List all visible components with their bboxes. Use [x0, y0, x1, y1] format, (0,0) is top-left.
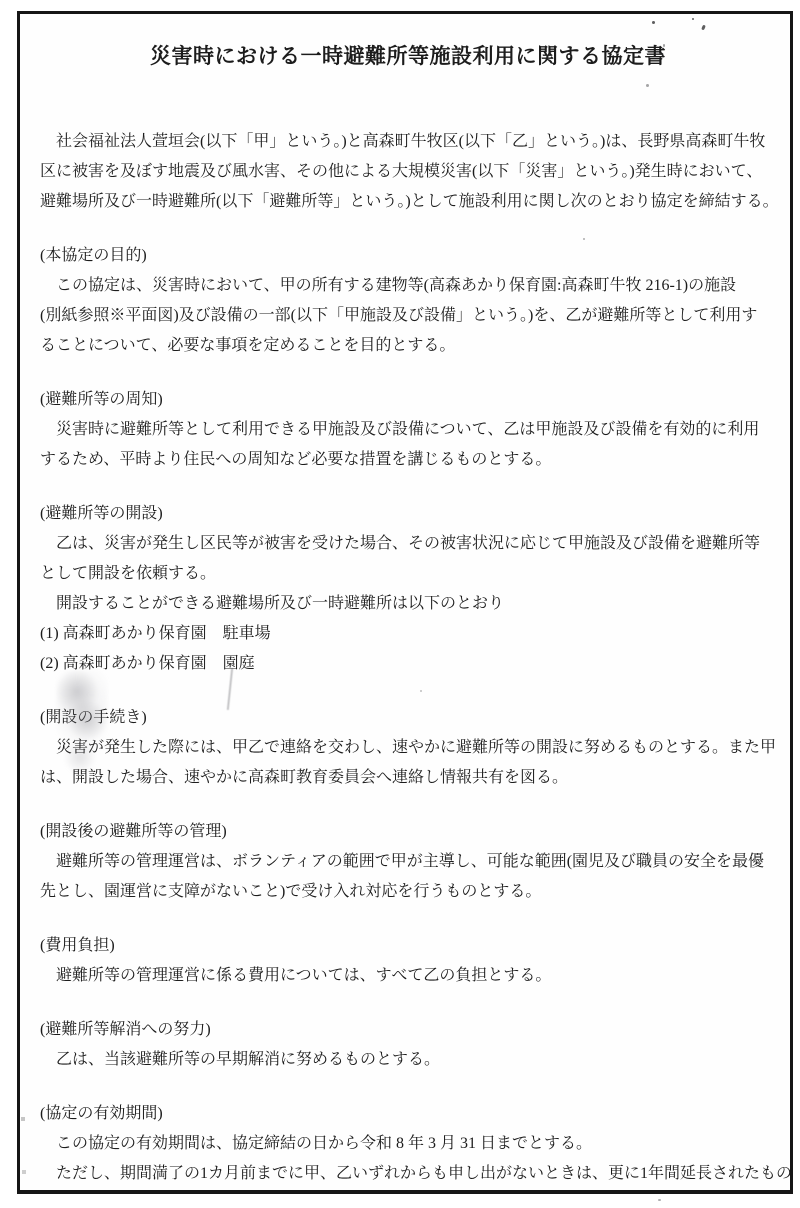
section-purpose: (本協定の目的) この協定は、災害時において、甲の所有する建物等(高森あかり保育…: [40, 241, 776, 361]
section-body: 避難所等の管理運営は、ボランティアの範囲で甲が主導し、可能な範囲(園児及び職員の…: [40, 847, 776, 907]
text-line: 社会福祉法人萱垣会(以下「甲」という。)と高森町牛牧区(以下「乙」という。)は、…: [40, 127, 776, 157]
scan-speck: [22, 1170, 26, 1174]
scan-speck: [692, 18, 694, 20]
section-heading: (開設後の避難所等の管理): [40, 817, 776, 847]
text-line: 避難場所及び一時避難所(以下「避難所等」という。)として施設利用に関し次のとおり…: [40, 187, 776, 217]
scan-smudge: [56, 670, 108, 742]
text-line: するため、平時より住民への周知など必要な措置を講じるものとする。: [40, 445, 776, 475]
scan-speck: [646, 84, 649, 87]
text-line: は、開設した場合、速やかに高森町教育委員会へ連絡し情報共有を図る。: [40, 763, 776, 793]
scan-speck: [21, 1117, 25, 1121]
text-line: 乙は、災害が発生し区民等が被害を受けた場合、その被害状況に応じて甲施設及び設備を…: [40, 529, 776, 559]
text-line: 先とし、園運営に支障がないこと)で受け入れ対応を行うものとする。: [40, 877, 776, 907]
text-line: (別紙参照※平面図)及び設備の一部(以下「甲施設及び設備」という。)を、乙が避難…: [40, 301, 776, 331]
document-body: 災害時における一時避難所等施設利用に関する協定書 社会福祉法人萱垣会(以下「甲」…: [40, 41, 776, 1189]
text-line: 開設することができる避難場所及び一時避難所は以下のとおり: [40, 589, 776, 619]
section-body: 乙は、当該避難所等の早期解消に努めるものとする。: [40, 1045, 776, 1075]
section-body: この協定の有効期間は、協定締結の日から令和 8 年 3 月 31 日までとする。…: [40, 1129, 776, 1189]
section-heading: (本協定の目的): [40, 241, 776, 271]
text-line: 避難所等の管理運営に係る費用については、すべて乙の負担とする。: [40, 961, 776, 991]
text-line: (1) 高森町あかり保育園 駐車場: [40, 619, 776, 649]
text-line: この協定は、災害時において、甲の所有する建物等(高森あかり保育園:高森町牛牧 2…: [40, 271, 776, 301]
section-heading: (避難所等の周知): [40, 385, 776, 415]
text-line: 避難所等の管理運営は、ボランティアの範囲で甲が主導し、可能な範囲(園児及び職員の…: [40, 847, 776, 877]
text-line: 災害時に避難所等として利用できる甲施設及び設備について、乙は甲施設及び設備を有効…: [40, 415, 776, 445]
section-early-closure: (避難所等解消への努力) 乙は、当該避難所等の早期解消に努めるものとする。: [40, 1015, 776, 1075]
section-shelter-opening: (避難所等の開設) 乙は、災害が発生し区民等が被害を受けた場合、その被害状況に応…: [40, 499, 776, 679]
section-body: 災害時に避難所等として利用できる甲施設及び設備について、乙は甲施設及び設備を有効…: [40, 415, 776, 475]
text-line: 乙は、当該避難所等の早期解消に努めるものとする。: [40, 1045, 776, 1075]
text-line: として開設を依頼する。: [40, 559, 776, 589]
section-validity-period: (協定の有効期間) この協定の有効期間は、協定締結の日から令和 8 年 3 月 …: [40, 1099, 776, 1189]
text-line: 区に被害を及ぼす地震及び風水害、その他による大規模災害(以下「災害」という。)発…: [40, 157, 776, 187]
text-line: ただし、期間満了の1カ月前までに甲、乙いずれからも申し出がないときは、更に1年間…: [40, 1159, 776, 1189]
text-line: 災害が発生した際には、甲乙で連絡を交わし、速やかに避難所等の開設に努めるものとす…: [40, 733, 776, 763]
section-heading: (開設の手続き): [40, 703, 776, 733]
section-heading: (避難所等解消への努力): [40, 1015, 776, 1045]
section-body: 乙は、災害が発生し区民等が被害を受けた場合、その被害状況に応じて甲施設及び設備を…: [40, 529, 776, 679]
section-heading: (避難所等の開設): [40, 499, 776, 529]
text-line: この協定の有効期間は、協定締結の日から令和 8 年 3 月 31 日までとする。: [40, 1129, 776, 1159]
document-title: 災害時における一時避難所等施設利用に関する協定書: [40, 41, 776, 71]
scanned-agreement-page: { "colors": { "ink": "#1c1c1c", "border"…: [0, 0, 800, 1208]
scan-smudge: [62, 736, 102, 788]
section-management: (開設後の避難所等の管理) 避難所等の管理運営は、ボランティアの範囲で甲が主導し…: [40, 817, 776, 907]
intro-paragraph: 社会福祉法人萱垣会(以下「甲」という。)と高森町牛牧区(以下「乙」という。)は、…: [40, 127, 776, 217]
section-body: 災害が発生した際には、甲乙で連絡を交わし、速やかに避難所等の開設に努めるものとす…: [40, 733, 776, 793]
section-cost-burden: (費用負担) 避難所等の管理運営に係る費用については、すべて乙の負担とする。: [40, 931, 776, 991]
scan-speck: [663, 44, 665, 47]
section-public-notice: (避難所等の周知) 災害時に避難所等として利用できる甲施設及び設備について、乙は…: [40, 385, 776, 475]
scan-speck: [652, 21, 655, 24]
section-heading: (協定の有効期間): [40, 1099, 776, 1129]
section-heading: (費用負担): [40, 931, 776, 961]
text-line: (2) 高森町あかり保育園 園庭: [40, 649, 776, 679]
section-opening-procedure: (開設の手続き) 災害が発生した際には、甲乙で連絡を交わし、速やかに避難所等の開…: [40, 703, 776, 793]
scan-speck: [658, 1199, 661, 1201]
scan-speck: [659, 56, 661, 58]
scan-speck: [420, 690, 422, 692]
text-line: ることについて、必要な事項を定めることを目的とする。: [40, 331, 776, 361]
section-body: 避難所等の管理運営に係る費用については、すべて乙の負担とする。: [40, 961, 776, 991]
section-body: この協定は、災害時において、甲の所有する建物等(高森あかり保育園:高森町牛牧 2…: [40, 271, 776, 361]
scan-speck: [583, 238, 585, 240]
